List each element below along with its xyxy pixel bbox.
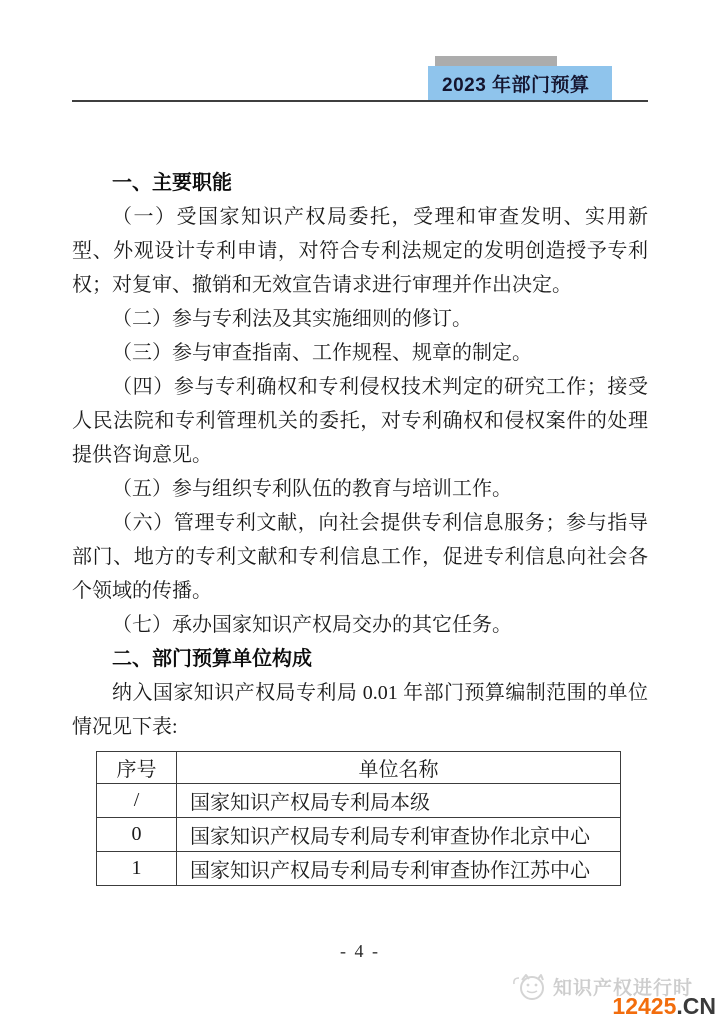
body-paragraph: （七）承办国家知识产权局交办的其它任务。	[72, 608, 648, 642]
body-paragraph: （五）参与组织专利队伍的教育与培训工作。	[72, 472, 648, 506]
units-table: 序号 单位名称 / 国家知识产权局专利局本级 0 国家知识产权局专利局专利审查协…	[96, 751, 621, 886]
cell-serial: 1	[97, 852, 177, 886]
cell-serial: /	[97, 784, 177, 818]
body-paragraph: （三）参与审查指南、工作规程、规章的制定。	[72, 336, 648, 370]
table-row: 1 国家知识产权局专利局专利审查协作江苏中心	[97, 852, 621, 886]
cell-unit-name: 国家知识产权局专利局专利审查协作江苏中心	[177, 852, 621, 886]
document-body: 一、主要职能 （一）受国家知识产权局委托，受理和审查发明、实用新型、外观设计专利…	[72, 166, 648, 886]
body-paragraph: （一）受国家知识产权局委托，受理和审查发明、实用新型、外观设计专利申请，对符合专…	[72, 200, 648, 302]
body-paragraph: （四）参与专利确权和专利侵权技术判定的研究工作；接受人民法院和专利管理机关的委托…	[72, 370, 648, 472]
table-header-row: 序号 单位名称	[97, 752, 621, 784]
body-paragraph: 纳入国家知识产权局专利局 0.01 年部门预算编制范围的单位情况见下表:	[72, 676, 648, 744]
column-header-unit-name: 单位名称	[177, 752, 621, 784]
site-number: 12425	[612, 993, 676, 1018]
site-link: 12425.CN	[612, 995, 716, 1018]
body-paragraph: （六）管理专利文献，向社会提供专利信息服务；参与指导部门、地方的专利文献和专利信…	[72, 506, 648, 608]
cell-unit-name: 国家知识产权局专利局专利审查协作北京中心	[177, 818, 621, 852]
cell-unit-name: 国家知识产权局专利局本级	[177, 784, 621, 818]
page-number: - 4 -	[0, 941, 720, 962]
header-rule	[72, 100, 648, 102]
section-heading-2: 二、部门预算单位构成	[72, 642, 648, 676]
table-row: 0 国家知识产权局专利局专利审查协作北京中心	[97, 818, 621, 852]
cell-serial: 0	[97, 818, 177, 852]
watermark: 知识产权进行时 12425.CN	[512, 970, 718, 1018]
body-paragraph: （二）参与专利法及其实施细则的修订。	[72, 302, 648, 336]
table-row: / 国家知识产权局专利局本级	[97, 784, 621, 818]
brand-logo-icon	[512, 970, 550, 1002]
document-page: 2023 年部门预算 一、主要职能 （一）受国家知识产权局委托，受理和审查发明、…	[0, 0, 720, 1018]
column-header-serial: 序号	[97, 752, 177, 784]
header-title: 2023 年部门预算	[442, 70, 590, 97]
site-tld: .CN	[676, 993, 716, 1018]
section-heading-1: 一、主要职能	[72, 166, 648, 200]
header-title-box: 2023 年部门预算	[428, 66, 612, 100]
